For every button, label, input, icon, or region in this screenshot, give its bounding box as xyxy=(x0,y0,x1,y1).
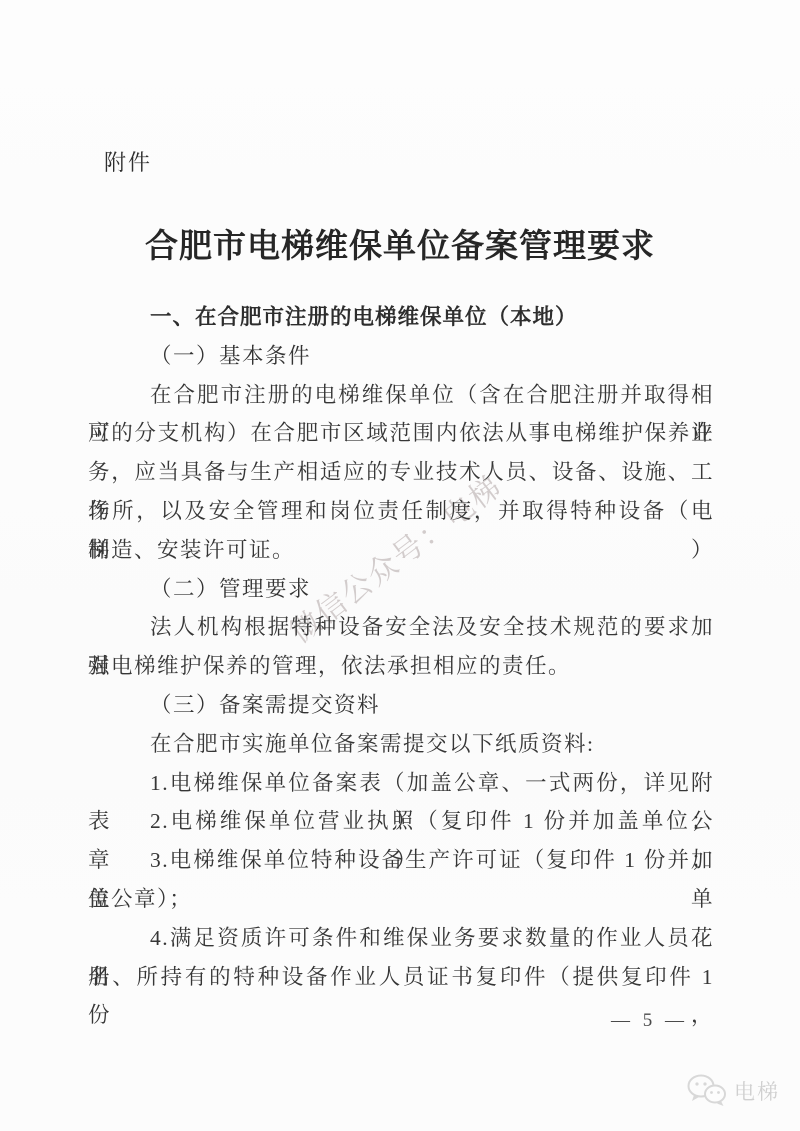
text-line: （三）备案需提交资料 xyxy=(88,686,714,725)
document-title: 合肥市电梯维保单位备案管理要求 xyxy=(88,220,712,267)
text-line: （一）基本条件 xyxy=(88,337,714,376)
brand-footer: 电梯 xyxy=(687,1074,780,1108)
text-line: 册、所持有的特种设备作业人员证书复印件（提供复印件 1 份， xyxy=(88,958,714,997)
text-line: 务，应当具备与生产相适应的专业技术人员、设备、设施、工作 xyxy=(88,453,714,492)
text-line: 场所，以及安全管理和岗位责任制度，并取得特种设备（电梯） xyxy=(88,492,714,531)
text-line: 在合肥市实施单位备案需提交以下纸质资料: xyxy=(88,725,714,764)
page-number: — 5 — xyxy=(611,1010,688,1032)
text-line: 2.电梯维保单位营业执照（复印件 1 份并加盖单位公章）； xyxy=(88,802,714,841)
document-lines: 一、在合肥市注册的电梯维保单位（本地）（一）基本条件在合肥市注册的电梯维保单位（… xyxy=(88,298,714,996)
scanned-document-page: 附件 合肥市电梯维保单位备案管理要求 微信公众号：电梯 一、在合肥市注册的电梯维… xyxy=(0,0,800,1131)
text-line: 可的分支机构）在合肥市区域范围内依法从事电梯维护保养业 xyxy=(88,414,714,453)
wechat-logo-icon xyxy=(687,1074,727,1108)
text-line: 法人机构根据特种设备安全法及安全技术规范的要求加强 xyxy=(88,608,714,647)
text-line: 4.满足资质许可条件和维保业务要求数量的作业人员花名 xyxy=(88,919,714,958)
text-line: 在合肥市注册的电梯维保单位（含在合肥注册并取得相应许 xyxy=(88,376,714,415)
text-line: （二）管理要求 xyxy=(88,570,714,609)
text-line: 3.电梯维保单位特种设备生产许可证（复印件 1 份并加盖单 xyxy=(88,841,714,880)
brand-label: 电梯 xyxy=(734,1076,780,1106)
text-line: 对电梯维护保养的管理，依法承担相应的责任。 xyxy=(88,647,714,686)
text-line: 1.电梯维保单位备案表（加盖公章、一式两份，详见附表）； xyxy=(88,764,714,803)
text-line: 一、在合肥市注册的电梯维保单位（本地） xyxy=(88,298,714,337)
attachment-label: 附件 xyxy=(104,146,152,177)
